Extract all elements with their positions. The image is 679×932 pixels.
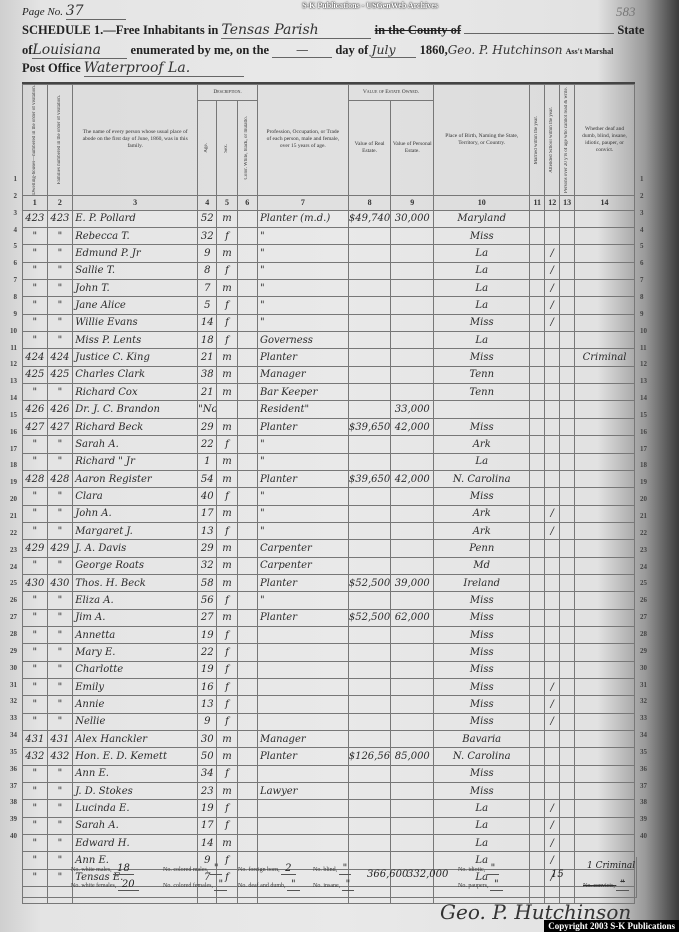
cell-d (575, 314, 635, 331)
cell-color (237, 574, 257, 591)
cell-s (545, 783, 560, 800)
cell-birth: Ark (434, 505, 530, 522)
table-row: ""Rebecca T.32f"Miss (23, 228, 635, 245)
cell-pers (391, 540, 434, 557)
cell-pers (391, 522, 434, 539)
cell-sex: m (217, 505, 237, 522)
cell-m (530, 332, 545, 349)
cell-age: 32 (198, 228, 217, 245)
line-number: 26 (3, 596, 17, 604)
cell-dw: " (23, 835, 48, 852)
cell-d (575, 748, 635, 765)
line-number: 18 (640, 461, 654, 469)
cell-pers (391, 783, 434, 800)
cell-birth: Maryland (434, 210, 530, 227)
cell-sex: m (217, 384, 237, 401)
cell-name: Edmund P. Jr (73, 245, 198, 262)
cell-r (560, 540, 575, 557)
cell-m (530, 644, 545, 661)
criminal-note: 1 Criminal (583, 861, 639, 871)
cell-s (545, 488, 560, 505)
cell-sex: f (217, 644, 237, 661)
cell-birth: Tenn (434, 384, 530, 401)
cell-name: Jane Alice (73, 297, 198, 314)
cell-real: $52,500 (348, 574, 391, 591)
cell-dw: " (23, 644, 48, 661)
cell-birth: Miss (434, 609, 530, 626)
cell-pers (391, 436, 434, 453)
cell-real (348, 297, 391, 314)
line-number: 25 (640, 579, 654, 587)
marshal-signature: Geo. P. Hutchinson (448, 43, 563, 57)
table-row: 428428Aaron Register54mPlanter$39,65042,… (23, 470, 635, 487)
table-row: 424424Justice C. King21mPlanterMissCrimi… (23, 349, 635, 366)
cell-name: Charles Clark (73, 366, 198, 383)
cell-occ (257, 835, 348, 852)
cell-s: / (545, 817, 560, 834)
cell-r (560, 262, 575, 279)
cell-sex: m (217, 748, 237, 765)
cell-occ: " (257, 453, 348, 470)
cell-age: 9 (198, 245, 217, 262)
table-row: ""Sallie T.8f"La/ (23, 262, 635, 279)
cell-real: $39,650 (348, 418, 391, 435)
cell-birth: Miss (434, 696, 530, 713)
table-row: ""Annie13fMiss/ (23, 696, 635, 713)
cell-pers (391, 488, 434, 505)
cell-color (237, 522, 257, 539)
cell-pers (391, 314, 434, 331)
cell-s (545, 366, 560, 383)
cell-sex: m (217, 245, 237, 262)
table-row: ""Eliza A.56f"Miss (23, 592, 635, 609)
cell-fam: " (47, 765, 73, 782)
cell-color (237, 696, 257, 713)
line-number: 23 (640, 546, 654, 554)
cell-occ (257, 626, 348, 643)
cell-color (237, 297, 257, 314)
column-number: 1 (23, 195, 48, 210)
cell-sex: f (217, 817, 237, 834)
cell-pers: 33,000 (391, 401, 434, 418)
cell-birth: Miss (434, 626, 530, 643)
line-number: 7 (640, 276, 654, 284)
cell-pers (391, 245, 434, 262)
cell-color (237, 401, 257, 418)
cell-m (530, 418, 545, 435)
cell-dw: " (23, 800, 48, 817)
cell-age: 19 (198, 661, 217, 678)
cell-sex: f (217, 297, 237, 314)
cell-fam: 425 (47, 366, 73, 383)
cell-s (545, 592, 560, 609)
line-number: 24 (640, 563, 654, 571)
cell-age: 38 (198, 366, 217, 383)
cell-birth: La (434, 800, 530, 817)
cell-birth: Miss (434, 314, 530, 331)
cell-s (545, 332, 560, 349)
table-row: 423423E. P. Pollard52mPlanter (m.d.)$49,… (23, 210, 635, 227)
cell-r (560, 678, 575, 695)
cell-dw: " (23, 436, 48, 453)
line-number: 17 (640, 445, 654, 453)
cell-m (530, 557, 545, 574)
header-illiterate: Persons over 20 y'rs of age who cannot r… (560, 85, 575, 196)
cell-pers (391, 332, 434, 349)
cell-name: Miss P. Lents (73, 332, 198, 349)
cell-age: 13 (198, 696, 217, 713)
cell-birth: Miss (434, 418, 530, 435)
cell-occ: " (257, 522, 348, 539)
table-row: ""Jim A.27mPlanter$52,50062,000Miss (23, 609, 635, 626)
table-row: ""Lucinda E.19fLa/ (23, 800, 635, 817)
cell-m (530, 835, 545, 852)
cell-color (237, 228, 257, 245)
cell-real (348, 314, 391, 331)
cell-birth: Miss (434, 765, 530, 782)
cell-real (348, 366, 391, 383)
cell-fam: " (47, 505, 73, 522)
cell-color (237, 280, 257, 297)
cell-fam: " (47, 436, 73, 453)
cell-pers (391, 453, 434, 470)
school-total: 15 (547, 869, 568, 880)
cell-birth: N. Carolina (434, 748, 530, 765)
cell-age: 19 (198, 800, 217, 817)
cell-fam: " (47, 800, 73, 817)
cell-color (237, 748, 257, 765)
cell-name: Richard Cox (73, 384, 198, 401)
line-number: 11 (640, 344, 654, 352)
line-number: 22 (640, 529, 654, 537)
cell-name: Sarah A. (73, 436, 198, 453)
cell-color (237, 800, 257, 817)
cell-dw: " (23, 783, 48, 800)
page-number: 37 (66, 3, 126, 20)
cell-age: 14 (198, 314, 217, 331)
cell-occ: " (257, 228, 348, 245)
cell-r (560, 349, 575, 366)
cell-age: 22 (198, 436, 217, 453)
cell-sex: m (217, 366, 237, 383)
table-row: ""Clara40f"Miss (23, 488, 635, 505)
cell-age: 32 (198, 557, 217, 574)
line-number: 4 (3, 226, 17, 234)
cell-sex: m (217, 574, 237, 591)
header-married: Married within the year. (530, 85, 545, 196)
cell-age: 58 (198, 574, 217, 591)
cell-sex: f (217, 592, 237, 609)
cell-d (575, 661, 635, 678)
cell-fam: 427 (47, 418, 73, 435)
table-row: ""Willie Evans14f"Miss/ (23, 314, 635, 331)
cell-m (530, 262, 545, 279)
line-number: 38 (640, 798, 654, 806)
cell-pers (391, 366, 434, 383)
cell-sex: f (217, 678, 237, 695)
cell-color (237, 210, 257, 227)
cell-m (530, 626, 545, 643)
cell-sex: m (217, 835, 237, 852)
cell-d (575, 696, 635, 713)
cell-fam: " (47, 713, 73, 730)
cell-pers (391, 696, 434, 713)
column-number: 12 (545, 195, 560, 210)
cell-age: 1 (198, 453, 217, 470)
line-number: 14 (3, 394, 17, 402)
cell-occ: " (257, 314, 348, 331)
cell-r (560, 626, 575, 643)
cell-m (530, 522, 545, 539)
cell-real (348, 540, 391, 557)
cell-fam: " (47, 609, 73, 626)
idiotic: No. idiotic, " (458, 863, 499, 874)
header-real-estate: Value of Real Estate. (348, 101, 391, 196)
line-number: 23 (3, 546, 17, 554)
cell-real (348, 557, 391, 574)
cell-name: Edward H. (73, 835, 198, 852)
line-number: 20 (3, 495, 17, 503)
line-number: 30 (640, 664, 654, 672)
line-number: 40 (640, 832, 654, 840)
cell-d (575, 401, 635, 418)
cell-birth: La (434, 280, 530, 297)
line-number: 21 (3, 512, 17, 520)
stamped-page-number: 583 (616, 4, 636, 20)
cell-sex: f (217, 522, 237, 539)
cell-dw: " (23, 332, 48, 349)
colored-males: No. colored males, " (163, 863, 222, 874)
cell-m (530, 609, 545, 626)
cell-s (545, 731, 560, 748)
cell-pers (391, 800, 434, 817)
cell-s: / (545, 245, 560, 262)
column-number: 5 (217, 195, 237, 210)
cell-d (575, 418, 635, 435)
cell-name: Nellie (73, 713, 198, 730)
cell-m (530, 800, 545, 817)
cell-r (560, 470, 575, 487)
cell-name: Margaret J. (73, 522, 198, 539)
cell-pers (391, 644, 434, 661)
cell-sex: m (217, 731, 237, 748)
cell-fam: " (47, 522, 73, 539)
cell-name: E. P. Pollard (73, 210, 198, 227)
table-row: ""John A.17m"Ark/ (23, 505, 635, 522)
cell-sex: f (217, 626, 237, 643)
cell-dw: " (23, 245, 48, 262)
cell-occ: Lawyer (257, 783, 348, 800)
cell-d (575, 210, 635, 227)
cell-birth: La (434, 817, 530, 834)
cell-color (237, 557, 257, 574)
cell-name: George Roats (73, 557, 198, 574)
cell-real (348, 332, 391, 349)
cell-name: J. D. Stokes (73, 783, 198, 800)
cell-name: Jim A. (73, 609, 198, 626)
cell-birth: Tenn (434, 366, 530, 383)
cell-real: $49,740 (348, 210, 391, 227)
cell-r (560, 765, 575, 782)
cell-age: 14 (198, 835, 217, 852)
cell-occ: " (257, 505, 348, 522)
cell-occ: " (257, 297, 348, 314)
line-number: 19 (3, 478, 17, 486)
cell-occ: Planter (m.d.) (257, 210, 348, 227)
deaf-dumb: No. deaf and dumb, " (238, 879, 300, 890)
cell-dw: 427 (23, 418, 48, 435)
cell-dw: 426 (23, 401, 48, 418)
line-number: 1 (3, 175, 17, 183)
cell-s: / (545, 713, 560, 730)
cell-d (575, 280, 635, 297)
cell-r (560, 783, 575, 800)
cell-dw: 432 (23, 748, 48, 765)
cell-s (545, 557, 560, 574)
cell-m (530, 713, 545, 730)
cell-age: 7 (198, 280, 217, 297)
census-table: Dwelling-houses—numbered in the order of… (22, 82, 635, 904)
cell-s: / (545, 280, 560, 297)
cell-age: 18 (198, 332, 217, 349)
cell-occ: " (257, 592, 348, 609)
cell-r (560, 696, 575, 713)
cell-s: / (545, 297, 560, 314)
cell-real (348, 436, 391, 453)
cell-color (237, 540, 257, 557)
line-number: 8 (640, 293, 654, 301)
cell-real (348, 817, 391, 834)
cell-fam: " (47, 835, 73, 852)
cell-sex: m (217, 418, 237, 435)
cell-age: 27 (198, 609, 217, 626)
table-row: 432432Hon. E. D. Kemett50mPlanter$126,56… (23, 748, 635, 765)
cell-name: Justice C. King (73, 349, 198, 366)
cell-sex: f (217, 332, 237, 349)
line-number: 22 (3, 529, 17, 537)
cell-r (560, 210, 575, 227)
cell-pers (391, 678, 434, 695)
line-number: 2 (640, 192, 654, 200)
cell-pers (391, 626, 434, 643)
cell-r (560, 574, 575, 591)
cell-s: / (545, 678, 560, 695)
cell-dw: " (23, 453, 48, 470)
cell-birth: Ark (434, 522, 530, 539)
line-number: 28 (640, 630, 654, 638)
cell-r (560, 436, 575, 453)
cell-age: 54 (198, 470, 217, 487)
cell-real (348, 696, 391, 713)
cell-r (560, 280, 575, 297)
cell-dw: 431 (23, 731, 48, 748)
cell-m (530, 245, 545, 262)
cell-r (560, 228, 575, 245)
line-number: 21 (640, 512, 654, 520)
cell-s (545, 401, 560, 418)
table-row: ""George Roats32mCarpenterMd (23, 557, 635, 574)
cell-r (560, 835, 575, 852)
cell-real (348, 731, 391, 748)
line-number: 12 (640, 360, 654, 368)
cell-pers (391, 349, 434, 366)
cell-name: Rebecca T. (73, 228, 198, 245)
cell-color (237, 626, 257, 643)
cell-name: Sallie T. (73, 262, 198, 279)
cell-pers (391, 835, 434, 852)
cell-pers (391, 661, 434, 678)
cell-r (560, 401, 575, 418)
cell-pers (391, 505, 434, 522)
cell-age: 29 (198, 418, 217, 435)
cell-age: 40 (198, 488, 217, 505)
archive-watermark: S-K Publications - USGenWeb Archives (265, 1, 475, 10)
cell-r (560, 713, 575, 730)
cell-dw: " (23, 505, 48, 522)
table-row: ""Annetta19fMiss (23, 626, 635, 643)
cell-birth (434, 401, 530, 418)
cell-fam: " (47, 783, 73, 800)
line-number: 30 (3, 664, 17, 672)
header-description: Description. (198, 85, 258, 101)
cell-name: Eliza A. (73, 592, 198, 609)
cell-s (545, 748, 560, 765)
page-summary: No. white males, 18 No. white females, 2… (22, 857, 637, 898)
cell-color (237, 661, 257, 678)
cell-sex: f (217, 765, 237, 782)
cell-s (545, 453, 560, 470)
line-number: 3 (3, 209, 17, 217)
cell-dw: " (23, 280, 48, 297)
cell-birth: Bavaria (434, 731, 530, 748)
cell-pers (391, 384, 434, 401)
cell-sex: f (217, 262, 237, 279)
cell-dw: 430 (23, 574, 48, 591)
cell-r (560, 609, 575, 626)
cell-real (348, 262, 391, 279)
cell-age: 34 (198, 765, 217, 782)
cell-real (348, 644, 391, 661)
cell-m (530, 470, 545, 487)
cell-birth: Miss (434, 783, 530, 800)
cell-age: 52 (198, 210, 217, 227)
column-number: 10 (434, 195, 530, 210)
table-row: ""Jane Alice5f"La/ (23, 297, 635, 314)
line-number: 9 (3, 310, 17, 318)
cell-occ: Planter (257, 574, 348, 591)
cell-color (237, 783, 257, 800)
cell-name: Lucinda E. (73, 800, 198, 817)
cell-real (348, 505, 391, 522)
cell-name: John A. (73, 505, 198, 522)
cell-color (237, 835, 257, 852)
cell-birth: La (434, 245, 530, 262)
cell-color (237, 731, 257, 748)
cell-pers: 85,000 (391, 748, 434, 765)
cell-birth: Md (434, 557, 530, 574)
cell-sex: f (217, 436, 237, 453)
cell-r (560, 332, 575, 349)
line-number: 34 (640, 731, 654, 739)
table-row: 425425Charles Clark38mManagerTenn (23, 366, 635, 383)
cell-sex: m (217, 557, 237, 574)
cell-r (560, 748, 575, 765)
cell-fam: " (47, 488, 73, 505)
line-number: 6 (640, 259, 654, 267)
line-number: 4 (640, 226, 654, 234)
cell-real (348, 800, 391, 817)
line-number: 16 (3, 428, 17, 436)
